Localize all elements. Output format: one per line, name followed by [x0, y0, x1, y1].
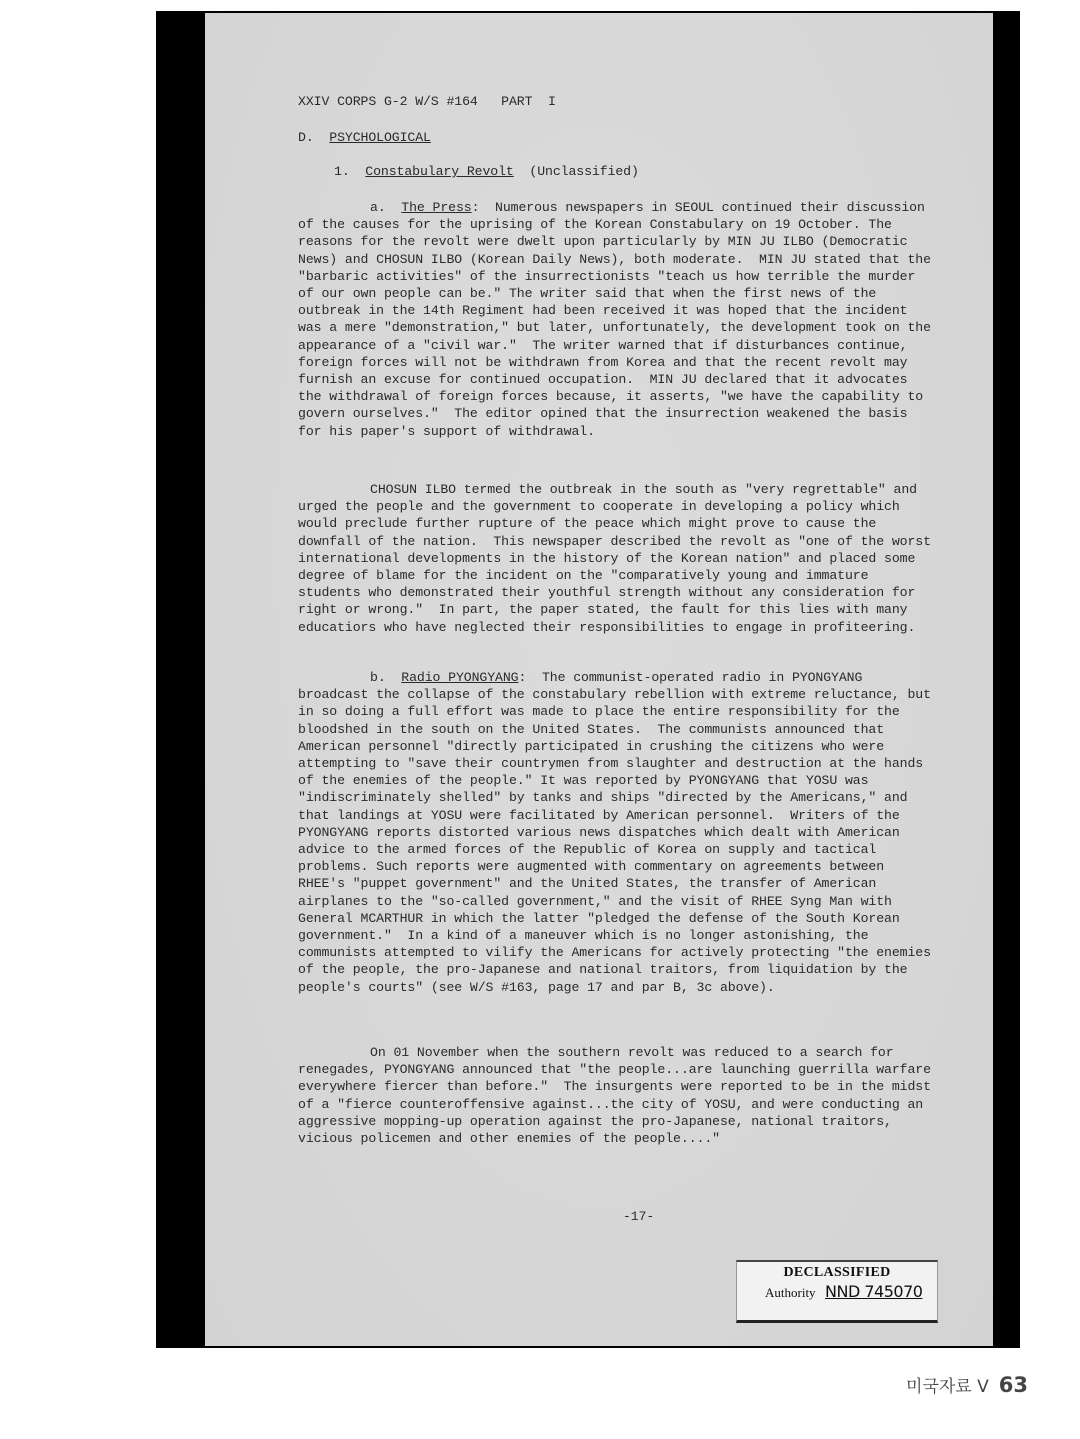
subsection-title: Constabulary Revolt: [365, 164, 513, 179]
paragraph-b-heading: Radio PYONGYANG: [401, 670, 518, 685]
paragraph-november-text: On 01 November when the southern revolt …: [298, 1045, 939, 1146]
document-page: XXIV CORPS G-2 W/S #164 PART I D. PSYCHO…: [205, 13, 993, 1346]
page-number: -17-: [623, 1209, 654, 1224]
subsection-classification: (Unclassified): [529, 164, 638, 179]
scan-frame: XXIV CORPS G-2 W/S #164 PART I D. PSYCHO…: [156, 11, 1020, 1348]
subsection-label: 1.: [334, 164, 350, 179]
declassified-stamp: DECLASSIFIED Authority NND 745070: [736, 1260, 938, 1323]
footer-series: 미국자료 V: [906, 1377, 989, 1397]
section-heading: D. PSYCHOLOGICAL: [298, 129, 938, 146]
page-footer: 미국자료 V63: [906, 1372, 1028, 1397]
paragraph-b-text: : The communist-operated radio in PYONGY…: [298, 670, 939, 995]
paragraph-b-label: b.: [370, 670, 386, 685]
document-header: XXIV CORPS G-2 W/S #164 PART I: [298, 93, 938, 110]
subsection-heading: 1. Constabulary Revolt (Unclassified): [334, 163, 934, 180]
paragraph-a: a. The Press: Numerous newspapers in SEO…: [298, 199, 938, 440]
paragraph-chosun-text: CHOSUN ILBO termed the outbreak in the s…: [298, 482, 939, 635]
section-title: PSYCHOLOGICAL: [329, 130, 431, 145]
paragraph-chosun: CHOSUN ILBO termed the outbreak in the s…: [298, 481, 938, 636]
stamp-title: DECLASSIFIED: [737, 1265, 937, 1281]
stamp-authority-value: NND 745070: [825, 1282, 922, 1301]
stamp-authority-label: Authority: [765, 1285, 816, 1301]
paragraph-a-label: a.: [370, 200, 386, 215]
section-label: D.: [298, 130, 314, 145]
paragraph-november: On 01 November when the southern revolt …: [298, 1044, 938, 1147]
footer-page-number: 63: [999, 1373, 1028, 1397]
paragraph-b: b. Radio PYONGYANG: The communist-operat…: [298, 669, 938, 996]
paragraph-a-text: : Numerous newspapers in SEOUL continued…: [298, 200, 939, 439]
paragraph-a-heading: The Press: [401, 200, 471, 215]
